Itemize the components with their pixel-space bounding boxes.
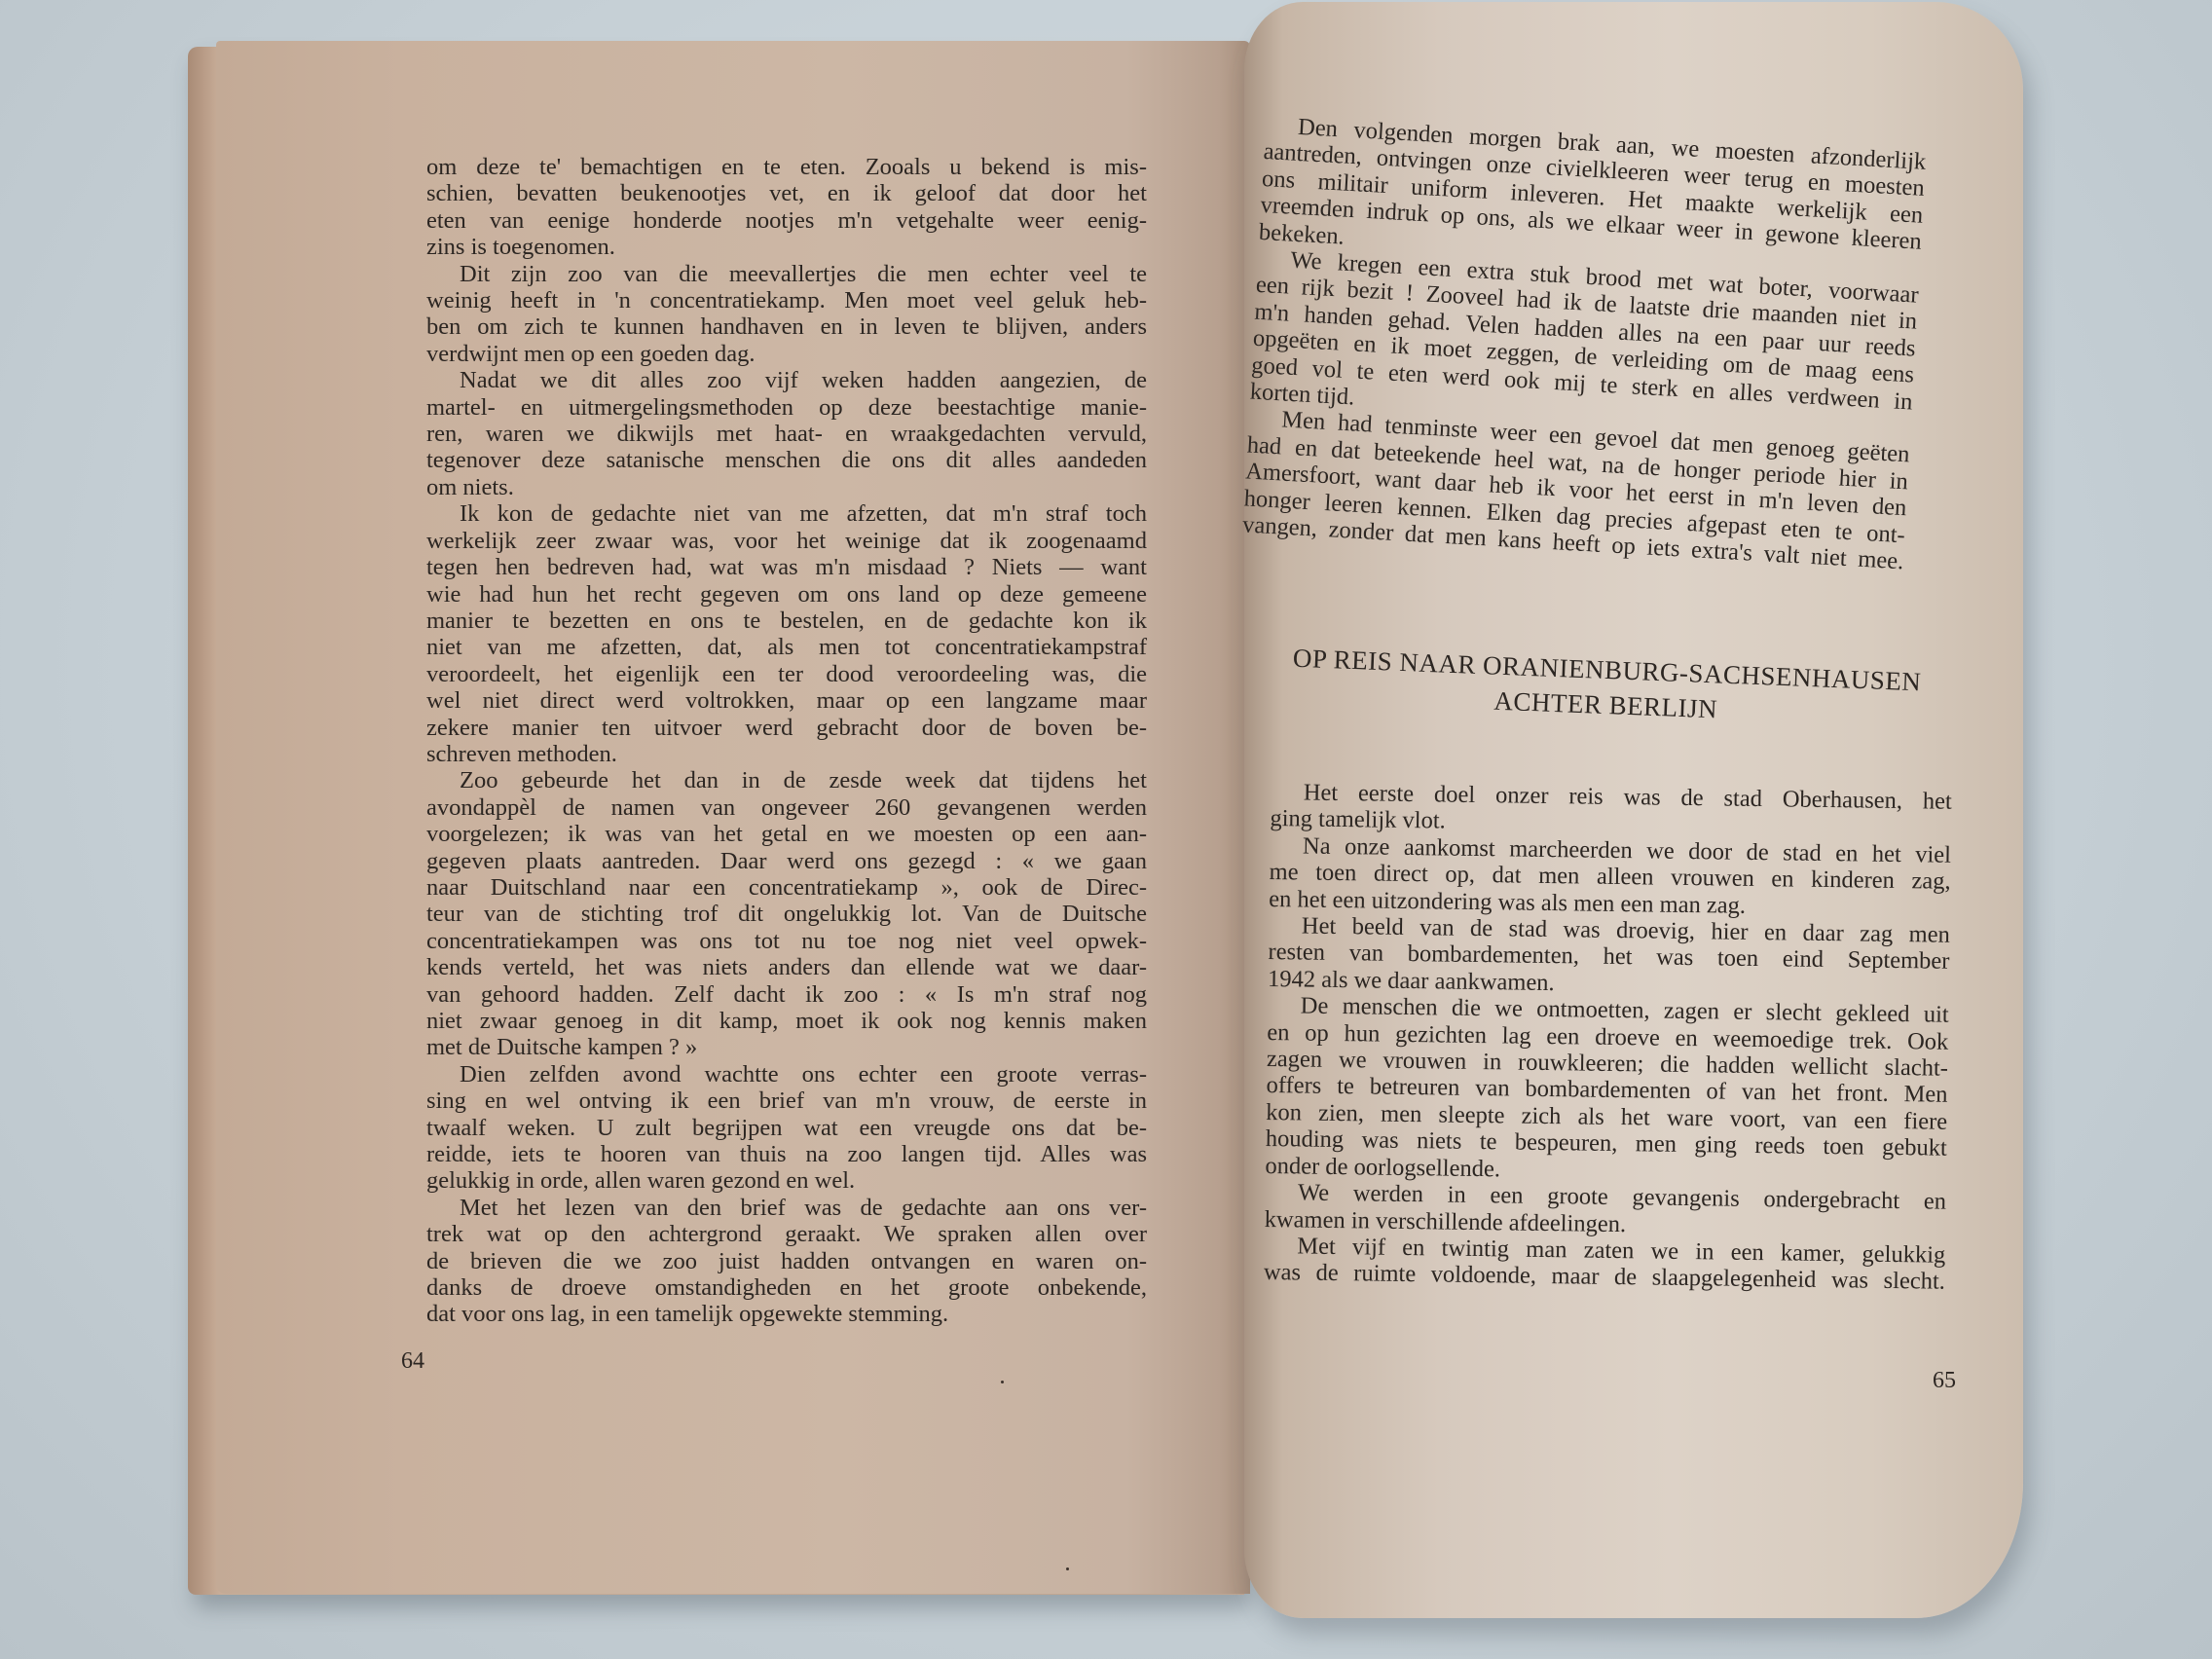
text-line: martel- en uitmergelingsmethoden op deze… (426, 394, 1147, 421)
text-line: verdwijnt men op een goeden dag. (426, 341, 1147, 367)
text-line: met de Duitsche kampen ? » (426, 1034, 1147, 1060)
text-line: ben om zich te kunnen handhaven en in le… (426, 313, 1147, 340)
text-line: ren, waren we dikwijls met haat- en wraa… (426, 421, 1147, 447)
text-line: concentratiekampen was ons tot nu toe no… (426, 928, 1147, 954)
text-line: schreven methoden. (426, 741, 1147, 767)
text-line: van gehoord hadden. Zelf dacht ik zoo : … (426, 981, 1147, 1008)
text-line: manier te bezetten en ons te bestelen, e… (426, 608, 1147, 634)
text-line: wel niet direct werd voltrokken, maar op… (426, 687, 1147, 714)
text-line: werkelijk zeer zwaar was, voor het weini… (426, 528, 1147, 554)
right-page-bottom-body: Het eerste doel onzer reis was de stad O… (1264, 779, 1952, 1295)
text-line: eten van eenige honderde nootjes m'n vet… (426, 207, 1147, 234)
paragraph-start-line: Ik kon de gedachte niet van me afzetten,… (426, 500, 1147, 527)
text-line: gelukkig in orde, allen waren gezond en … (426, 1167, 1147, 1194)
page-number-right: 65 (1933, 1368, 1956, 1394)
open-book: om deze te' bemachtigen en te eten. Zooa… (0, 0, 2212, 1659)
text-line: avondappèl de namen van ongeveer 260 gev… (426, 794, 1147, 821)
text-line: zins is toegenomen. (426, 234, 1147, 260)
text-line: niet van me afzetten, dat, als men tot c… (426, 634, 1147, 660)
text-line: voorgelezen; ik was van het getal en we … (426, 821, 1147, 847)
text-line: teur van de stichting trof dit ongelukki… (426, 901, 1147, 927)
text-line: schien, bevatten beukenootjes vet, en ik… (426, 180, 1147, 206)
text-line: tegen hen bedreven had, wat was m'n misd… (426, 554, 1147, 580)
text-line: de brieven die we zoo juist hadden ontva… (426, 1248, 1147, 1274)
text-line: twaalf weken. U zult begrijpen wat een v… (426, 1115, 1147, 1141)
text-line: om deze te' bemachtigen en te eten. Zooa… (426, 154, 1147, 180)
text-line: dat voor ons lag, in een tamelijk opgewe… (426, 1301, 1147, 1327)
text-line: danks de droeve omstandigheden en het gr… (426, 1274, 1147, 1301)
text-line: trek wat op den achtergrond geraakt. We … (426, 1221, 1147, 1247)
left-page-body: om deze te' bemachtigen en te eten. Zooa… (426, 154, 1147, 1328)
text-line: zekere manier ten uitvoer werd gebracht … (426, 715, 1147, 741)
paper-speck (1001, 1381, 1004, 1383)
text-line: reidde, iets te hooren van thuis na zoo … (426, 1141, 1147, 1167)
paragraph-start-line: Dit zijn zoo van die meevallertjes die m… (426, 261, 1147, 287)
right-page-top-body: Den volgenden morgen brak aan, we moeste… (1242, 112, 1927, 575)
text-line: om niets. (426, 474, 1147, 500)
page-number-left: 64 (401, 1348, 424, 1375)
text-line: kends verteld, het was niets anders dan … (426, 954, 1147, 980)
text-line: niet zwaar genoeg in dit kamp, moet ik o… (426, 1008, 1147, 1034)
paragraph-start-line: Dien zelfden avond wachtte ons echter ee… (426, 1061, 1147, 1088)
text-line: sing en wel ontving ik een brief van m'n… (426, 1088, 1147, 1114)
text-line: weinig heeft in 'n concentratiekamp. Men… (426, 287, 1147, 313)
text-line: veroordeelt, het eigenlijk een ter dood … (426, 661, 1147, 687)
paragraph-start-line: Met het lezen van den brief was de gedac… (426, 1195, 1147, 1221)
text-line: wie had hun het recht gegeven om ons lan… (426, 581, 1147, 608)
text-line: gegeven plaats aantreden. Daar werd ons … (426, 848, 1147, 874)
text-line: naar Duitschland naar een concentratieka… (426, 874, 1147, 901)
paper-speck (1066, 1567, 1069, 1570)
paragraph-start-line: Zoo gebeurde het dan in de zesde week da… (426, 767, 1147, 793)
paragraph-start-line: Nadat we dit alles zoo vijf weken hadden… (426, 367, 1147, 393)
text-line: tegenover deze satanische menschen die o… (426, 447, 1147, 473)
